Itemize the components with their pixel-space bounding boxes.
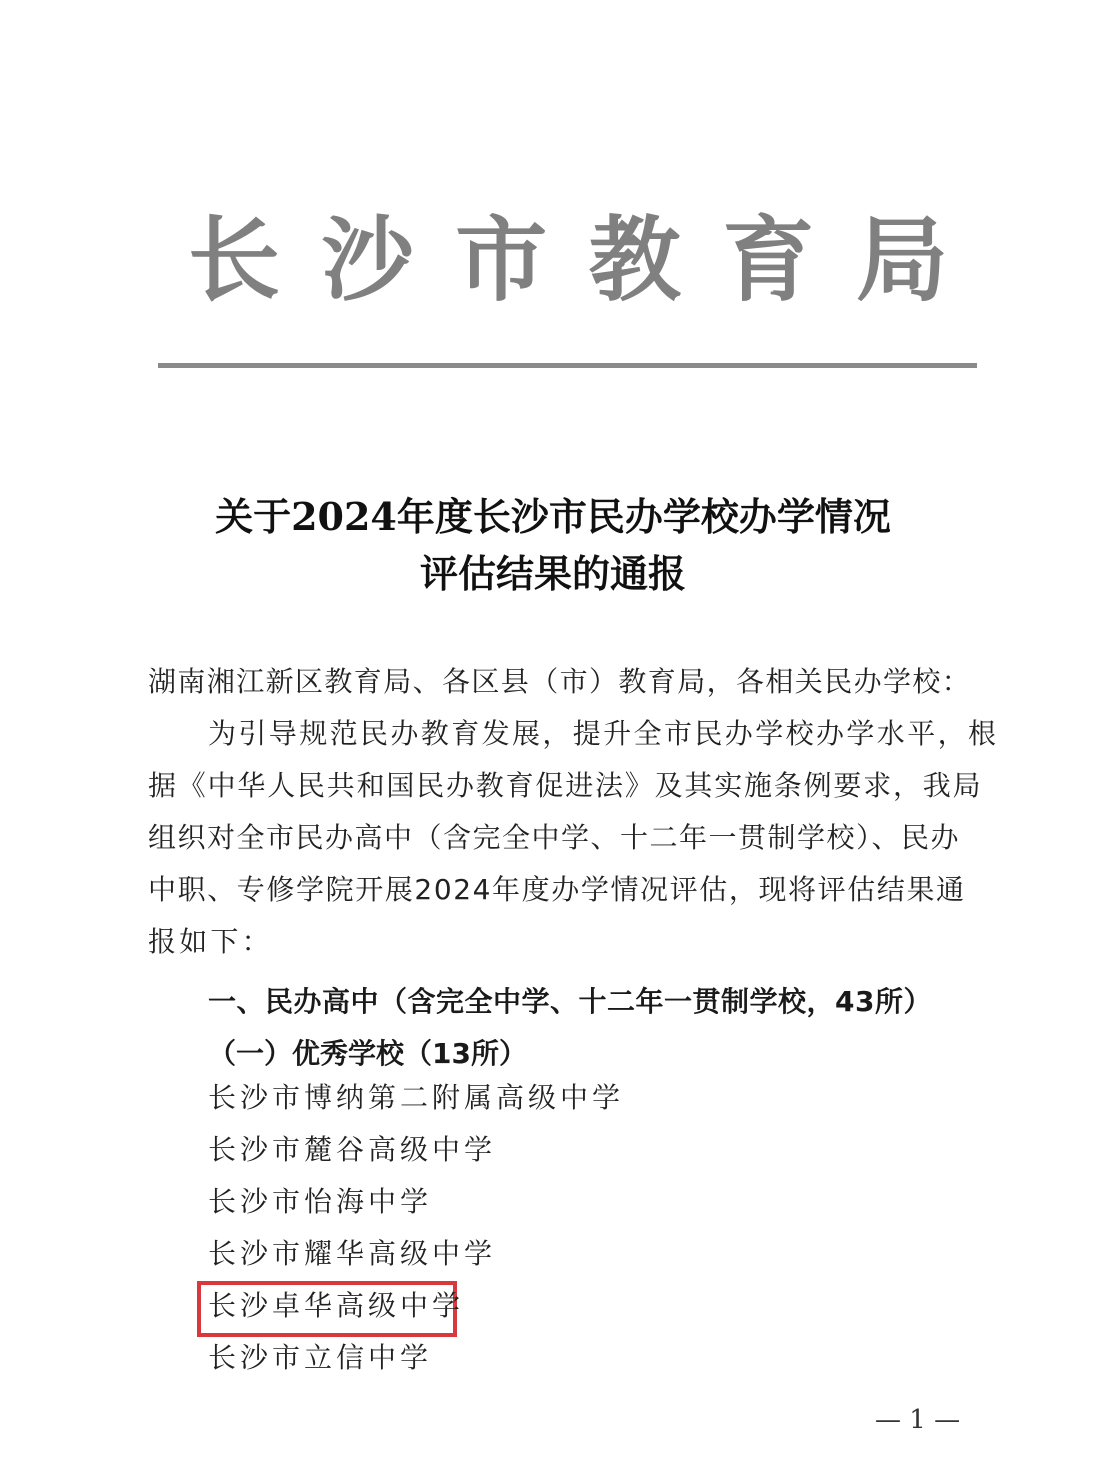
masthead-char: 局 <box>856 214 948 306</box>
school-list-item: 长沙市耀华高级中学 <box>208 1240 496 1268</box>
school-list-item: 长沙市怡海中学 <box>208 1188 432 1216</box>
masthead-char: 教 <box>589 214 681 306</box>
document-title-line-1: 关于2024年度长沙市民办学校办学情况 <box>100 498 1006 536</box>
school-list-item: 长沙市麓谷高级中学 <box>208 1136 496 1164</box>
paragraph-line: 为引导规范民办教育发展，提升全市民办学校办学水平，根 <box>208 720 998 748</box>
addressee: 湖南湘江新区教育局、各区县（市）教育局，各相关民办学校： <box>148 668 971 696</box>
section-heading: 一、民办高中（含完全中学、十二年一贯制学校，43所） <box>208 980 932 1020</box>
masthead-char: 市 <box>455 214 547 306</box>
masthead-char: 沙 <box>322 214 414 306</box>
masthead-divider <box>158 363 977 368</box>
document-title-line-2: 评估结果的通报 <box>100 555 1006 593</box>
masthead: 长 沙 市 教 育 局 <box>160 205 976 315</box>
paragraph-line: 据《中华人民共和国民办教育促进法》及其实施条例要求，我局 <box>148 772 982 800</box>
school-list-item: 长沙市立信中学 <box>208 1344 432 1372</box>
school-list-item-highlighted: 长沙卓华高级中学 <box>208 1292 464 1320</box>
paragraph-line: 中职、专修学院开展2024年度办学情况评估，现将评估结果通 <box>148 876 966 904</box>
subsection-heading: （一）优秀学校（13所） <box>208 1032 527 1072</box>
paragraph-line: 报如下： <box>148 928 273 956</box>
paragraph-line: 组织对全市民办高中（含完全中学、十二年一贯制学校）、民办 <box>148 824 960 852</box>
school-list-item: 长沙市博纳第二附属高级中学 <box>208 1084 624 1112</box>
page-number: — 1 — <box>875 1405 960 1435</box>
masthead-char: 长 <box>188 214 280 306</box>
masthead-char: 育 <box>722 214 814 306</box>
